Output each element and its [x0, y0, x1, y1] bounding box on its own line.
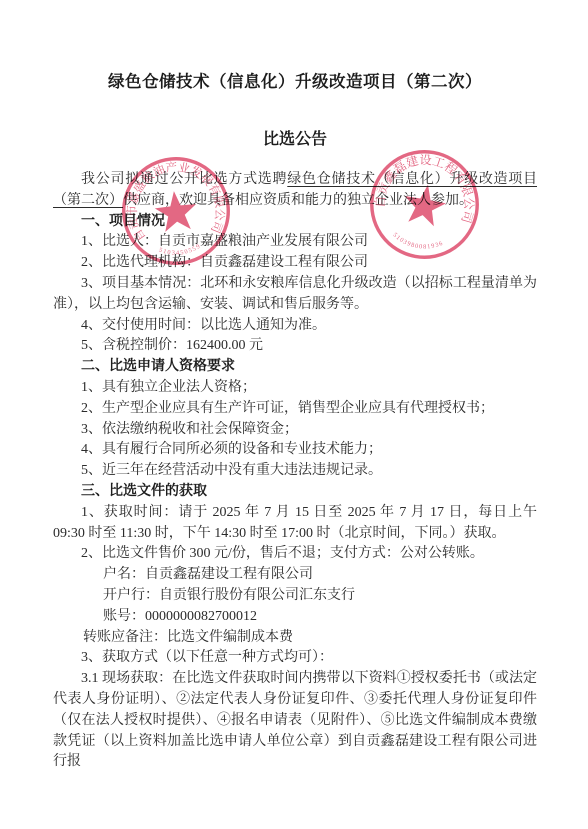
- document-body: 我公司拟通过公开比选方式选聘绿色仓储技术（信息化）升级改造项目（第二次）供应商，…: [53, 170, 537, 773]
- transfer-note: 转账应备注：比选文件编制成本费: [53, 628, 537, 649]
- section-3-item-onsite-obtain: 3.1 现场获取：在比选文件获取时间内携带以下资料①授权委托书（或法定代表人身份…: [53, 669, 537, 773]
- section-2-item-tax: 3、依法缴纳税收和社会保障资金；: [53, 420, 537, 441]
- section-1-item-control-price: 5、含税控制价：162400.00 元: [53, 336, 537, 357]
- section-2-heading: 二、比选申请人资格要求: [53, 357, 537, 378]
- section-3-item-obtain-methods: 3、获取方式（以下任意一种方式均可）：: [53, 648, 537, 669]
- section-3-item-document-price: 2、比选文件售价 300 元/份，售后不退；支付方式：公对公转账。: [53, 544, 537, 565]
- section-2-item-record: 5、近三年在经营活动中没有重大违法违规记录。: [53, 461, 537, 482]
- section-1-item-delivery-time: 4、交付使用时间：以比选人通知为准。: [53, 316, 537, 337]
- section-1-heading: 一、项目情况: [53, 212, 537, 233]
- section-2-item-license: 2、生产型企业应具有生产许可证，销售型企业应具有代理授权书；: [53, 399, 537, 420]
- document-page: 绿色仓储技术（信息化）升级改造项目（第二次） 比选公告 我公司拟通过公开比选方式…: [53, 68, 537, 773]
- section-3-item-obtain-time: 1、获取时间：请于 2025 年 7 月 15 日至 2025 年 7 月 17…: [53, 503, 537, 545]
- section-2-item-legal-person: 1、具有独立企业法人资格；: [53, 378, 537, 399]
- intro-paragraph: 我公司拟通过公开比选方式选聘绿色仓储技术（信息化）升级改造项目（第二次）供应商，…: [53, 170, 537, 212]
- section-2-item-capability: 4、具有履行合同所必须的设备和专业技术能力；: [53, 440, 537, 461]
- section-1-item-bid-inviter: 1、比选人：自贡市嘉盛粮油产业发展有限公司: [53, 232, 537, 253]
- document-title: 绿色仓储技术（信息化）升级改造项目（第二次）: [53, 68, 537, 92]
- intro-suffix: 供应商，欢迎具备相应资质和能力的独立企业法人参加。: [123, 193, 473, 208]
- section-1-item-agency: 2、比选代理机构：自贡鑫磊建设工程有限公司: [53, 253, 537, 274]
- bank-branch: 开户行：自贡银行股份有限公司汇东支行: [53, 586, 537, 607]
- document-subtitle: 比选公告: [53, 126, 537, 149]
- bank-account-number: 账号：0000000082700012: [53, 607, 537, 628]
- intro-prefix: 我公司拟通过公开比选方式选聘: [81, 172, 287, 187]
- section-1-item-project-overview: 3、项目基本情况：北环和永安粮库信息化升级改造（以招标工程量清单为准），以上均包…: [53, 274, 537, 316]
- section-3-heading: 三、比选文件的获取: [53, 482, 537, 503]
- bank-account-name: 户名：自贡鑫磊建设工程有限公司: [53, 565, 537, 586]
